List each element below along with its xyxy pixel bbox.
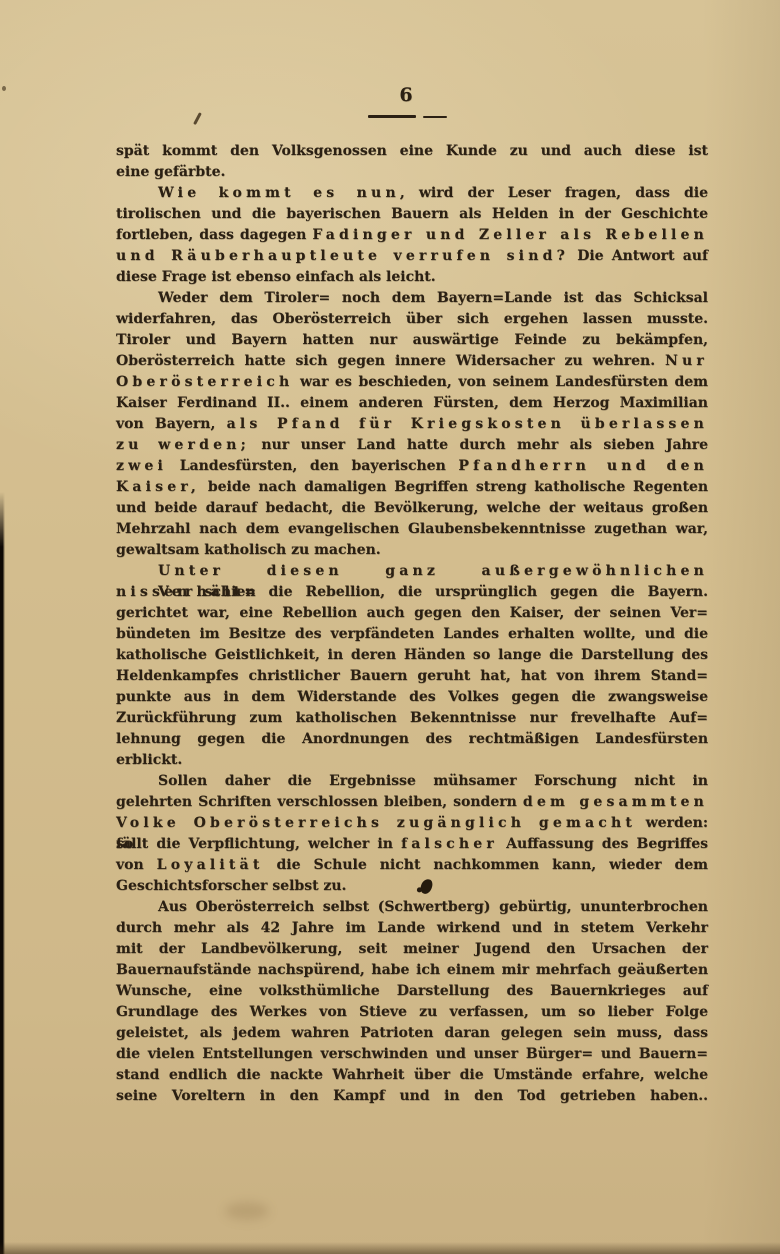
text-segment: beide nach damaligen Begriffen streng ka… [200, 479, 708, 495]
text-segment: Wunsche, eine volksthümliche Darstellung… [116, 983, 708, 999]
text-line: Wunsche, eine volksthümliche Darstellung… [116, 981, 708, 1002]
text-line: Mehrzahl nach dem evangelischen Glaubens… [116, 519, 708, 540]
text-line: Unter diesen ganz außergewöhnlichen Verh… [116, 561, 708, 582]
text-segment: Die Antwort auf [569, 248, 708, 264]
text-segment: war es beschieden, von seinem Landesfürs… [293, 374, 708, 390]
text-segment: seine Voreltern in den Kampf und in den … [116, 1088, 708, 1104]
text-line: Wie kommt es nun, wird der Leser fragen,… [116, 183, 708, 204]
letterspaced-emphasis: zwei [116, 458, 167, 474]
text-line: und beide darauf bedacht, die Bevölkerun… [116, 498, 708, 519]
text-line: zu werden; nur unser Land hatte durch me… [116, 435, 708, 456]
text-line: Grundlage des Werkes von Stieve zu verfa… [116, 1002, 708, 1023]
text-segment: gerichtet war, eine Rebellion auch gegen… [116, 605, 708, 621]
letterspaced-emphasis: Oberösterreich [116, 374, 293, 390]
text-line: Aus Oberösterreich selbst (Schwertberg) … [116, 897, 708, 918]
text-segment: durch mehr als 42 Jahre im Lande wirkend… [116, 920, 708, 936]
text-line: lehnung gegen die Anordnungen des rechtm… [116, 729, 708, 750]
text-segment: diese Frage ist ebenso einfach als leich… [116, 269, 436, 285]
text-line: Kaiser, beide nach damaligen Begriffen s… [116, 477, 708, 498]
text-line: Weder dem Tiroler= noch dem Bayern=Lande… [116, 288, 708, 309]
text-line: die vielen Entstellungen verschwinden un… [116, 1044, 708, 1065]
letterspaced-emphasis: Kaiser, [116, 479, 200, 495]
text-segment: Tiroler und Bayern hatten nur auswärtige… [116, 332, 708, 348]
text-line: mit der Landbevölkerung, seit meiner Jug… [116, 939, 708, 960]
text-segment: fortleben, dass dagegen [116, 227, 312, 243]
text-line: und Räuberhauptleute verrufen sind? Die … [116, 246, 708, 267]
scan-edge-shadow-left [0, 492, 5, 1254]
text-segment: Heldenkampfes christlicher Bauern geruht… [116, 668, 708, 684]
letterspaced-emphasis: Loyalität [157, 857, 264, 873]
text-segment: fällt die Verpflichtung, welcher in [116, 836, 401, 852]
letterspaced-emphasis: und Räuberhauptleute verrufen sind? [116, 248, 569, 264]
text-line: widerfahren, das Oberösterreich über sic… [116, 309, 708, 330]
letterspaced-emphasis: nissen [116, 584, 192, 600]
text-line: Oberösterreich hatte sich gegen innere W… [116, 351, 708, 372]
text-line: Bauernaufstände nachspürend, habe ich ei… [116, 960, 708, 981]
letterspaced-emphasis: als Pfand für Kriegskosten überlassen [227, 416, 708, 432]
text-segment: lehnung gegen die Anordnungen des rechtm… [116, 731, 708, 747]
text-segment: mit der Landbevölkerung, seit meiner Jug… [116, 941, 708, 957]
text-line: stand endlich die nackte Wahrheit über d… [116, 1065, 708, 1086]
text-line: gewaltsam katholisch zu machen. [116, 540, 708, 561]
text-segment: widerfahren, das Oberösterreich über sic… [116, 311, 708, 327]
text-line: Volke Oberösterreichs zugänglich gemacht… [116, 813, 708, 834]
text-line: Sollen daher die Ergebnisse mühsamer For… [116, 771, 708, 792]
letterspaced-emphasis: falscher [401, 836, 498, 852]
text-segment: Geschichtsforscher selbst zu. [116, 878, 346, 894]
text-line: durch mehr als 42 Jahre im Lande wirkend… [116, 918, 708, 939]
text-segment: tirolischen und die bayerischen Bauern a… [116, 206, 708, 222]
text-segment: Landesfürsten, den bayerischen [167, 458, 458, 474]
text-line: Zurückführung zum katholischen Bekenntni… [116, 708, 708, 729]
text-line: eine gefärbte. [116, 162, 708, 183]
text-segment: bündeten im Besitze des verpfändeten Lan… [116, 626, 708, 642]
text-line: tirolischen und die bayerischen Bauern a… [116, 204, 708, 225]
text-segment: Mehrzahl nach dem evangelischen Glaubens… [116, 521, 708, 537]
text-segment: Bauernaufstände nachspürend, habe ich ei… [116, 962, 708, 978]
text-segment: katholische Geistlichkeit, in deren Händ… [116, 647, 708, 663]
letterspaced-emphasis: Fadinger und Zeller als Rebellen [312, 227, 708, 243]
text-line: nissen schien die Rebellion, die ursprün… [116, 582, 708, 603]
text-line: zwei Landesfürsten, den bayerischen Pfan… [116, 456, 708, 477]
text-segment: und beide darauf bedacht, die Bevölkerun… [116, 500, 708, 516]
edge-speck [2, 86, 6, 91]
letterspaced-emphasis: dem gesammten [523, 794, 708, 810]
text-segment: gewaltsam katholisch zu machen. [116, 542, 381, 558]
text-line: geleistet, als jedem wahren Patrioten da… [116, 1023, 708, 1044]
paper-smudge [225, 1202, 269, 1220]
rule-segment-right [423, 116, 447, 119]
text-line: diese Frage ist ebenso einfach als leich… [116, 267, 708, 288]
text-line: von Bayern, als Pfand für Kriegskosten ü… [116, 414, 708, 435]
page-number: 6 [399, 84, 412, 106]
text-segment: gelehrten Schriften verschlossen bleiben… [116, 794, 523, 810]
text-segment: die vielen Entstellungen verschwinden un… [116, 1046, 708, 1062]
page-number-rule [368, 115, 450, 119]
text-line: Oberösterreich war es beschieden, von se… [116, 372, 708, 393]
text-line: spät kommt den Volksgenossen eine Kunde … [116, 141, 708, 162]
text-segment: , wird der Leser fragen, dass die [400, 185, 708, 201]
text-line: erblickt. [116, 750, 708, 771]
text-segment: Aus Oberösterreich selbst (Schwertberg) … [158, 899, 708, 915]
text-segment: Auffassung des Begriffes [498, 836, 708, 852]
text-segment: stand endlich die nackte Wahrheit über d… [116, 1067, 708, 1083]
text-segment: schien die Rebellion, die ursprünglich g… [192, 584, 708, 600]
text-segment: eine gefärbte. [116, 164, 225, 180]
text-line: Tiroler und Bayern hatten nur auswärtige… [116, 330, 708, 351]
text-segment: punkte aus in dem Widerstande des Volkes… [116, 689, 708, 705]
text-line: fällt die Verpflichtung, welcher in fals… [116, 834, 708, 855]
text-segment: die Schule nicht nachkommen kann, wieder… [264, 857, 709, 873]
text-line: fortleben, dass dagegen Fadinger und Zel… [116, 225, 708, 246]
text-line: gerichtet war, eine Rebellion auch gegen… [116, 603, 708, 624]
text-segment: Oberösterreich hatte sich gegen innere W… [116, 353, 665, 369]
text-segment: Zurückführung zum katholischen Bekenntni… [116, 710, 708, 726]
letterspaced-emphasis: Wie kommt es nun [158, 185, 400, 201]
text-line: seine Voreltern in den Kampf und in den … [116, 1086, 708, 1107]
text-segment: nur unser Land hatte durch mehr als sieb… [250, 437, 708, 453]
text-line: Geschichtsforscher selbst zu. [116, 876, 708, 897]
text-line: punkte aus in dem Widerstande des Volkes… [116, 687, 708, 708]
text-segment: Sollen daher die Ergebnisse mühsamer For… [158, 773, 708, 789]
text-segment: von Bayern, [116, 416, 227, 432]
rule-segment-left [368, 115, 416, 118]
text-line: gelehrten Schriften verschlossen bleiben… [116, 792, 708, 813]
text-line: Kaiser Ferdinand II.. einem anderen Fürs… [116, 393, 708, 414]
text-segment: von [116, 857, 157, 873]
page-header: 6 [16, 84, 780, 106]
text-segment: Kaiser Ferdinand II.. einem anderen Fürs… [116, 395, 708, 411]
stray-pen-mark [193, 112, 201, 125]
letterspaced-emphasis: Volke Oberösterreichs zugänglich gemacht [116, 815, 636, 831]
body-text: spät kommt den Volksgenossen eine Kunde … [116, 141, 708, 1107]
text-line: katholische Geistlichkeit, in deren Händ… [116, 645, 708, 666]
text-line: Heldenkampfes christlicher Bauern geruht… [116, 666, 708, 687]
text-line: von Loyalität die Schule nicht nachkomme… [116, 855, 708, 876]
text-line: bündeten im Besitze des verpfändeten Lan… [116, 624, 708, 645]
text-segment: erblickt. [116, 752, 182, 768]
text-segment: geleistet, als jedem wahren Patrioten da… [116, 1025, 708, 1041]
text-segment: Weder dem Tiroler= noch dem Bayern=Lande… [158, 290, 708, 306]
letterspaced-emphasis: Pfandherrn und den [458, 458, 708, 474]
letterspaced-emphasis: Nur [665, 353, 708, 369]
text-segment: Grundlage des Werkes von Stieve zu verfa… [116, 1004, 708, 1020]
book-page: 6 spät kommt den Volksgenossen eine Kund… [0, 0, 780, 1254]
text-segment: spät kommt den Volksgenossen eine Kunde … [116, 143, 708, 159]
scan-edge-shadow-bottom [0, 1242, 780, 1254]
letterspaced-emphasis: zu werden; [116, 437, 250, 453]
